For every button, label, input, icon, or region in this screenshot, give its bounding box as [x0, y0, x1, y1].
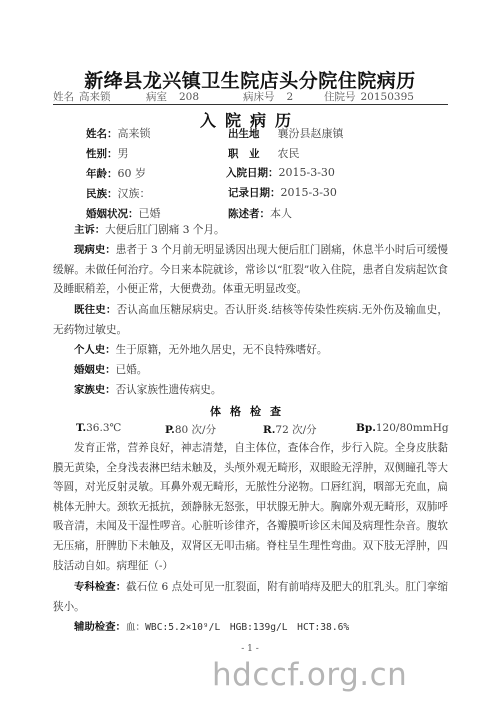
- info-sex: 性别：男: [86, 145, 129, 161]
- info-narrator: 陈述者：本人: [228, 205, 292, 221]
- vital-pulse: P.80 次/分: [165, 422, 216, 437]
- header-name: 姓名高来锁: [53, 89, 111, 104]
- marital-history: 婚姻史：已婚。: [53, 361, 448, 381]
- header-admission-no: 住院号20150395: [324, 89, 414, 104]
- personal-history: 个人史：生于原籍，无外地久居史，无不良特殊嗜好。: [53, 341, 448, 361]
- header-name-value: 高来锁: [79, 91, 111, 103]
- header-bed-value: 2: [287, 91, 294, 103]
- family-history: 家族史：否认家族性遗传病史。: [53, 381, 448, 401]
- header-name-label: 姓名: [53, 91, 74, 103]
- header-bed-label: 病床号: [243, 91, 275, 103]
- info-name: 姓名：高来锁: [86, 125, 151, 141]
- vital-temperature: T.36.3℃: [76, 422, 121, 434]
- header-admission-no-label: 住院号: [324, 91, 356, 103]
- present-illness: 现病史：患者于 3 个月前无明显诱因出现大便后肛门剧痛，休息半小时后可缓慢缓解。…: [53, 241, 448, 300]
- auxiliary-exam: 辅助检查：血：WBC:5.2×10⁹/L HGB:139g/L HCT:38.6…: [53, 618, 448, 638]
- page-number: - 1 -: [0, 644, 500, 654]
- info-ethnicity: 民族：汉族：: [86, 185, 151, 201]
- info-admission-date: 入院日期：2015-3-30: [226, 165, 335, 180]
- vital-blood-pressure: Bp.120/80mmHg: [356, 422, 449, 434]
- header-room-label: 病室: [146, 91, 167, 103]
- info-birthplace: 出生地襄汾县赵康镇: [228, 125, 344, 141]
- vital-respiration: R.72 次/分: [263, 422, 317, 437]
- past-history: 既往史：否认高血压糖尿病史。否认肝炎.结核等传染性疾病.无外伤及输血史，无药物过…: [53, 301, 448, 340]
- physical-exam-title: 体格检查: [0, 403, 500, 419]
- specialist-exam: 专科检查：截石位 6 点处可见一肛裂面，附有前哨痔及肥大的肛乳头。肛门挛缩狭小。: [53, 578, 448, 617]
- info-marital-status: 婚姻状况：已婚: [86, 205, 161, 221]
- header-bed: 病床号2: [243, 89, 293, 104]
- info-age: 年龄：60 岁: [86, 165, 146, 181]
- header-room-value: 208: [179, 91, 199, 103]
- header-divider: [53, 104, 448, 105]
- info-occupation: 职 业农民: [228, 145, 300, 161]
- header-room: 病室208: [146, 89, 199, 104]
- physical-exam-general: 发育正常，营养良好，神志清楚，自主体位，查体合作，步行入院。全身皮肤黏膜无黄染，…: [53, 439, 448, 576]
- chief-complaint: 主诉：大便后肛门剧痛 3 个月。: [53, 221, 448, 241]
- header-admission-no-value: 20150395: [361, 91, 414, 103]
- watermark: hdccf.org.cn: [212, 657, 407, 693]
- info-record-date: 记录日期：2015-3-30: [228, 185, 337, 200]
